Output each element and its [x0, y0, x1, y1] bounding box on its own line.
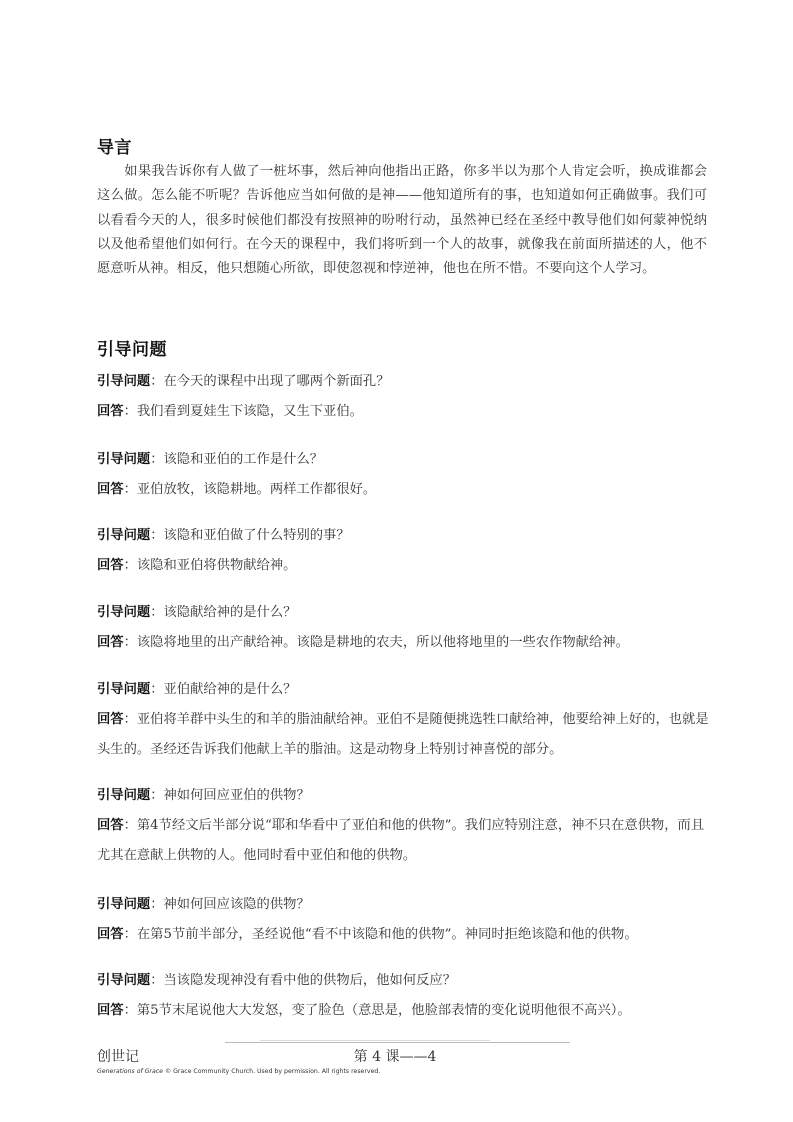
- qa-block-2: 引导问题：该隐和亚伯的工作是什么？ 回答：亚伯放牧，该隐耕地。两样工作都很好。: [97, 445, 709, 505]
- qa-block-6: 引导问题：神如何回应亚伯的供物？ 回答：第4节经文后半部分说“耶和华看中了亚伯和…: [97, 781, 709, 871]
- guide-heading: 引导问题: [97, 335, 167, 360]
- intro-heading: 导言: [97, 133, 132, 158]
- answer: 回答：该隐和亚伯将供物献给神。: [97, 551, 709, 581]
- intro-text: 如果我告诉你有人做了一桩坏事，然后神向他指出正路，你多半以为那个人肯定会听，换成…: [97, 164, 707, 276]
- answer: 回答：该隐将地里的出产献给神。该隐是耕地的农夫，所以他将地里的一些农作物献给神。: [97, 628, 709, 658]
- question: 引导问题：神如何回应该隐的供物？: [97, 890, 709, 920]
- qa-block-8: 引导问题：当该隐发现神没有看中他的供物后，他如何反应？ 回答：第5节末尾说他大大…: [97, 966, 709, 1026]
- qa-block-1: 引导问题：在今天的课程中出现了哪两个新面孔？ 回答：我们看到夏娃生下该隐，又生下…: [97, 367, 709, 427]
- answer: 回答：我们看到夏娃生下该隐，又生下亚伯。: [97, 397, 709, 427]
- answer: 回答：亚伯将羊群中头生的和羊的脂油献给神。亚伯不是随便挑选牲口献给神，他要给神上…: [97, 705, 709, 765]
- copyright-notice: Generations of Grace © Grace Community C…: [97, 1068, 380, 1075]
- question: 引导问题：当该隐发现神没有看中他的供物后，他如何反应？: [97, 966, 709, 996]
- footer-book-title: 创世记: [97, 1046, 139, 1066]
- qa-block-4: 引导问题：该隐献给神的是什么？ 回答：该隐将地里的出产献给神。该隐是耕地的农夫，…: [97, 598, 709, 658]
- answer: 回答：第5节末尾说他大大发怒，变了脸色（意思是，他脸部表情的变化说明他很不高兴）…: [97, 996, 709, 1026]
- footer-lesson-number: 第 4 课——4: [320, 1046, 470, 1066]
- question: 引导问题：该隐献给神的是什么？: [97, 598, 709, 628]
- intro-paragraph: 如果我告诉你有人做了一桩坏事，然后神向他指出正路，你多半以为那个人肯定会听，换成…: [97, 160, 707, 281]
- document-page: 导言 如果我告诉你有人做了一桩坏事，然后神向他指出正路，你多半以为那个人肯定会听…: [0, 0, 793, 1122]
- answer: 回答：第4节经文后半部分说“耶和华看中了亚伯和他的供物”。我们应特别注意，神不只…: [97, 811, 709, 871]
- answer: 回答：亚伯放牧，该隐耕地。两样工作都很好。: [97, 475, 709, 505]
- question: 引导问题：神如何回应亚伯的供物？: [97, 781, 709, 811]
- qa-block-3: 引导问题：该隐和亚伯做了什么特别的事？ 回答：该隐和亚伯将供物献给神。: [97, 521, 709, 581]
- qa-block-7: 引导问题：神如何回应该隐的供物？ 回答：在第5节前半部分，圣经说他“看不中该隐和…: [97, 890, 709, 950]
- footer-divider: [225, 1042, 570, 1043]
- question: 引导问题：在今天的课程中出现了哪两个新面孔？: [97, 367, 709, 397]
- qa-block-5: 引导问题：亚伯献给神的是什么？ 回答：亚伯将羊群中头生的和羊的脂油献给神。亚伯不…: [97, 675, 709, 765]
- footer-divider-light: [260, 1040, 490, 1041]
- question: 引导问题：亚伯献给神的是什么？: [97, 675, 709, 705]
- question: 引导问题：该隐和亚伯的工作是什么？: [97, 445, 709, 475]
- answer: 回答：在第5节前半部分，圣经说他“看不中该隐和他的供物”。神同时拒绝该隐和他的供…: [97, 920, 709, 950]
- question: 引导问题：该隐和亚伯做了什么特别的事？: [97, 521, 709, 551]
